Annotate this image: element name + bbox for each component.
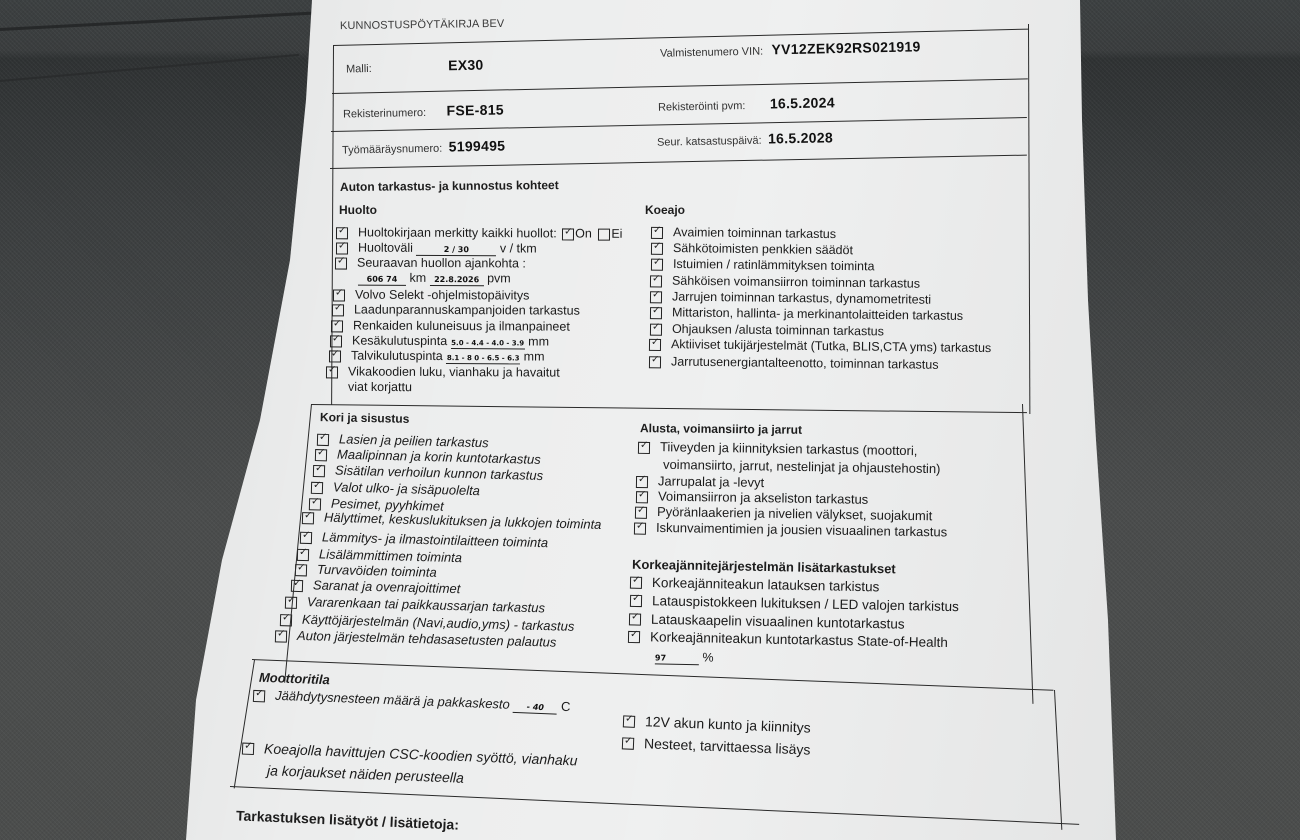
checkbox[interactable] [313, 465, 325, 477]
huolto-item: Kesäkulutuspinta 5.0 - 4.4 - 4.0 - 3.9 m… [330, 333, 549, 349]
fluids-item: Nesteet, tarvittaessa lisäys [622, 734, 811, 757]
registration-date-field: Rekisteröinti pvm: 16.5.2024 [658, 94, 835, 115]
divider [1028, 24, 1031, 414]
koeajo-item: Sähkötoimisten penkkien säädöt [651, 241, 853, 257]
checkbox[interactable] [309, 498, 321, 510]
koeajo-item: Sähköisen voimansiirron toiminnan tarkas… [650, 273, 920, 290]
summer-tread-value: 5.0 - 4.4 - 4.0 - 3.9 [451, 339, 524, 347]
section-title: Auton tarkastus- ja kunnostus kohteet [340, 178, 559, 194]
checkbox[interactable] [636, 476, 648, 488]
checkbox[interactable] [630, 577, 642, 589]
model-value: EX30 [448, 57, 484, 74]
extra-info-heading: Tarkastuksen lisätyöt / lisätietoja: [236, 807, 460, 832]
checkbox[interactable] [636, 491, 648, 503]
checkbox[interactable] [650, 291, 662, 303]
divider [1054, 690, 1063, 830]
hv-item: Korkeajänniteakun latauksen tarkistus [630, 575, 880, 595]
checkbox[interactable] [628, 631, 640, 643]
huolto-item: Renkaiden kuluneisuus ja ilmanpaineet [331, 318, 570, 333]
checkbox[interactable] [651, 227, 663, 239]
work-order-value: 5199495 [449, 137, 506, 154]
divider [234, 660, 256, 789]
checkbox[interactable] [315, 449, 327, 461]
alusta-heading: Alusta, voimansiirto ja jarrut [640, 421, 802, 437]
alusta-item: Jarrupalat ja -levyt [636, 473, 764, 490]
checkbox[interactable] [302, 512, 314, 524]
checkbox[interactable] [330, 335, 342, 347]
alusta-item: Tiiveyden ja kiinnityksien tarkastus (mo… [638, 439, 918, 458]
next-inspection-value: 16.5.2028 [768, 129, 833, 146]
checkbox[interactable] [253, 689, 265, 701]
checkbox[interactable] [242, 743, 254, 755]
work-order-field: Työmääräysnumero: 5199495 [342, 137, 506, 158]
huolto-item: Huoltokirjaan merkitty kaikki huollot: O… [336, 225, 623, 240]
checkbox[interactable] [623, 716, 635, 728]
huolto-item: Vikakoodien luku, vianhaku ja havaitut [326, 364, 560, 379]
registration-label: Rekisterinumero: [343, 107, 426, 121]
koeajo-item: Mittariston, hallinta- ja merkinantolait… [650, 305, 963, 323]
work-order-label: Työmääräysnumero: [342, 143, 442, 157]
registration-date-value: 16.5.2024 [770, 94, 835, 111]
checkbox[interactable] [650, 323, 662, 335]
checkbox-on[interactable] [562, 228, 574, 240]
soh-value: 97 [655, 653, 666, 662]
battery-12v-item: 12V akun kunto ja kiinnitys [623, 712, 811, 735]
next-inspection-label: Seur. katsastuspäivä: [657, 135, 762, 149]
koeajo-item: Avaimien toiminnan tarkastus [651, 225, 836, 241]
next-service-values: 606 74 km 22.8.2026 pvm [358, 271, 511, 287]
divider [311, 404, 1027, 413]
divider [330, 155, 1027, 170]
divider [1022, 404, 1034, 704]
checkbox[interactable] [300, 531, 312, 543]
checkbox[interactable] [317, 433, 329, 445]
koeajo-item: Aktiiviset tukijärjestelmät (Tutka, BLIS… [649, 337, 991, 355]
checkbox[interactable] [326, 366, 338, 378]
checkbox[interactable] [635, 506, 647, 518]
huolto-item: Laadunparannuskampanjoiden tarkastus [332, 302, 580, 317]
checkbox[interactable] [650, 307, 662, 319]
moottoritila-heading: Moottoritila [259, 670, 330, 687]
kori-heading: Kori ja sisustus [320, 410, 410, 426]
hv-item: Korkeajänniteakun kuntotarkastus State-o… [628, 629, 948, 650]
checkbox[interactable] [331, 320, 343, 332]
next-service-km: 606 74 [367, 275, 398, 284]
kori-item: Saranat ja ovenrajoittimet [291, 577, 461, 596]
checkbox[interactable] [336, 227, 348, 239]
checkbox[interactable] [297, 548, 309, 560]
koeajo-item: Jarrutusenergiantalteenotto, toiminnan t… [649, 354, 939, 372]
huolto-item: Talvikulutuspinta 8.1 - 8 0 - 6.5 - 6.3 … [329, 348, 545, 364]
checkbox[interactable] [630, 595, 642, 607]
hv-heading: Korkeajännitejärjestelmän lisätarkastuks… [632, 557, 896, 577]
csc-item-cont: ja korjaukset näiden perusteella [267, 762, 464, 786]
vin-value: YV12ZEK92RS021919 [771, 38, 920, 57]
huolto-item: Huoltoväli 2 / 30 v / tkm [336, 240, 537, 256]
hv-item: Latauskaapelin visuaalinen kuntotarkastu… [629, 611, 905, 631]
soh-field: 97 % [655, 649, 714, 665]
form-title: KUNNOSTUSPÖYTÄKIRJA BEV [340, 18, 504, 32]
koeajo-item: Ohjauksen /alusta toiminnan tarkastus [650, 322, 884, 339]
koeajo-item: Jarrujen toiminnan tarkastus, dynamometr… [650, 289, 931, 306]
checkbox[interactable] [622, 738, 634, 750]
model-field: Malli: EX30 [346, 57, 484, 78]
winter-tread-value: 8.1 - 8 0 - 6.5 - 6.3 [447, 354, 520, 362]
next-service-date: 22.8.2026 [434, 275, 479, 284]
checkbox[interactable] [638, 441, 650, 453]
registration-value: FSE-815 [446, 101, 504, 118]
divider [332, 78, 1028, 94]
checkbox[interactable] [649, 356, 661, 368]
checkbox[interactable] [332, 304, 344, 316]
huolto-heading: Huolto [339, 203, 377, 217]
next-inspection-field: Seur. katsastuspäivä: 16.5.2028 [657, 129, 833, 150]
checkbox[interactable] [629, 614, 641, 626]
inspection-form: KUNNOSTUSPÖYTÄKIRJA BEV Malli: EX30 Valm… [0, 0, 1300, 840]
kori-item: Hälyttimet, keskuslukituksen ja lukkojen… [302, 509, 602, 532]
koeajo-heading: Koeajo [645, 203, 685, 217]
divider [252, 659, 1053, 691]
model-label: Malli: [346, 63, 372, 76]
hv-item: Latauspistokkeen lukituksen / LED valoje… [630, 593, 959, 614]
interval-value: 2 / 30 [444, 245, 469, 254]
huolto-item: Seuraavan huollon ajankohta : [335, 256, 526, 271]
checkbox[interactable] [335, 257, 347, 269]
checkbox[interactable] [336, 242, 348, 254]
huolto-item-cont: viat korjattu [348, 380, 412, 394]
coolant-value: - 40 [527, 702, 545, 712]
checkbox[interactable] [275, 630, 287, 642]
checkbox-ei[interactable] [598, 228, 610, 240]
vin-label: Valmistenumero VIN: [660, 46, 763, 60]
checkbox[interactable] [333, 289, 345, 301]
koeajo-item: Istuimien / ratinlämmityksen toiminta [651, 257, 875, 274]
registration-date-label: Rekisteröinti pvm: [658, 100, 746, 114]
checkbox[interactable] [311, 481, 323, 493]
checkbox[interactable] [651, 258, 663, 270]
checkbox[interactable] [329, 350, 341, 362]
registration-field: Rekisterinumero: FSE-815 [343, 101, 504, 122]
checkbox[interactable] [649, 339, 661, 351]
checkbox[interactable] [634, 522, 646, 534]
coolant-item: Jäähdytysnesteen määrä ja pakkaskesto - … [253, 687, 571, 715]
vin-field: Valmistenumero VIN: YV12ZEK92RS021919 [660, 38, 921, 61]
checkbox[interactable] [651, 242, 663, 254]
huolto-item: Volvo Selekt -ohjelmistopäivitys [333, 287, 529, 302]
checkbox[interactable] [650, 275, 662, 287]
